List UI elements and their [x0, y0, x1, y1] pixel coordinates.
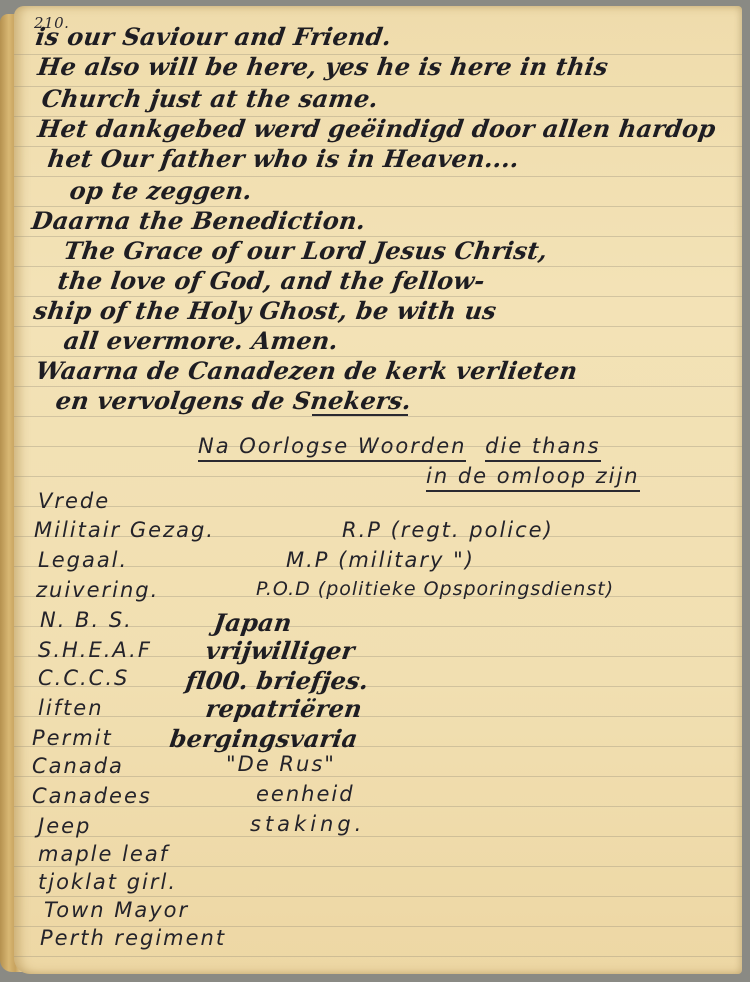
- word-list-item: S.H.E.A.F: [38, 638, 152, 662]
- heading-subtitle-a: die thans: [485, 434, 600, 462]
- word-list-item: M.P (military "): [286, 548, 475, 572]
- word-list-item: Perth regiment: [40, 926, 226, 950]
- section-divider: [312, 414, 408, 416]
- word-list-item: Japan: [212, 608, 294, 637]
- word-list-item: zuivering.: [36, 578, 159, 602]
- word-list-item: tjoklat girl.: [38, 870, 177, 894]
- heading-title: Na Oorlogse Woorden: [198, 434, 466, 462]
- ruled-line: [14, 836, 742, 837]
- heading-subtitle-b: in de omloop zijn: [426, 464, 640, 492]
- word-list-item: bergingsvaria: [168, 724, 360, 753]
- entry-line: all evermore. Amen.: [62, 326, 340, 355]
- ruled-line: [14, 746, 742, 747]
- word-list-item: repatriëren: [204, 694, 364, 723]
- entry-line: ship of the Holy Ghost, be with us: [32, 296, 498, 325]
- word-list-item: Militair Gezag.: [34, 518, 215, 542]
- entry-line: het Our father who is in Heaven....: [46, 144, 521, 173]
- word-list-item: Town Mayor: [44, 898, 189, 922]
- entry-line: op te zeggen.: [68, 176, 254, 205]
- ruled-line: [14, 416, 742, 417]
- word-list-item: Canada: [32, 754, 124, 778]
- word-list-item: "De Rus": [226, 752, 336, 776]
- notebook-page: 210. is our Saviour and Friend. He also …: [14, 6, 742, 974]
- word-list-item: Legaal.: [38, 548, 128, 572]
- word-list-item: vrijwilliger: [204, 636, 357, 665]
- word-list-item: staking.: [250, 812, 365, 836]
- entry-line: is our Saviour and Friend.: [34, 22, 393, 51]
- entry-line: en vervolgens de Snekers.: [54, 386, 413, 415]
- entry-line: Het dankgebed werd geëindigd door allen …: [36, 114, 718, 143]
- entry-line: Church just at the same.: [40, 84, 380, 113]
- word-list-item: N. B. S.: [40, 608, 133, 632]
- word-list-item: P.O.D (politieke Opsporingsdienst): [256, 578, 614, 600]
- word-list-item: Vrede: [38, 489, 110, 513]
- entry-line: the love of God, and the fellow-: [56, 266, 487, 295]
- entry-line: The Grace of our Lord Jesus Christ,: [62, 236, 549, 265]
- word-list-item: Permit: [32, 726, 113, 750]
- section-heading-line2: in de omloop zijn: [426, 464, 640, 488]
- entry-line: He also will be here, yes he is here in …: [36, 52, 610, 81]
- ruled-line: [14, 896, 742, 897]
- ruled-line: [14, 506, 742, 507]
- ruled-line: [14, 866, 742, 867]
- entry-line: Waarna de Canadezen de kerk verlieten: [34, 356, 579, 385]
- ruled-line: [14, 956, 742, 957]
- word-list-item: Jeep: [38, 814, 91, 838]
- word-list-item: R.P (regt. police): [342, 518, 554, 542]
- word-list-item: fl00. briefjes.: [184, 666, 371, 695]
- word-list-item: C.C.C.S: [38, 666, 129, 690]
- section-heading-line1: Na Oorlogse Woorden die thans: [198, 434, 601, 458]
- word-list-item: maple leaf: [38, 842, 169, 866]
- word-list-item: eenheid: [256, 782, 355, 806]
- word-list-item: Canadees: [32, 784, 152, 808]
- entry-line: Daarna the Benediction.: [30, 206, 368, 235]
- ruled-line: [14, 716, 742, 717]
- word-list-item: liften: [38, 696, 104, 720]
